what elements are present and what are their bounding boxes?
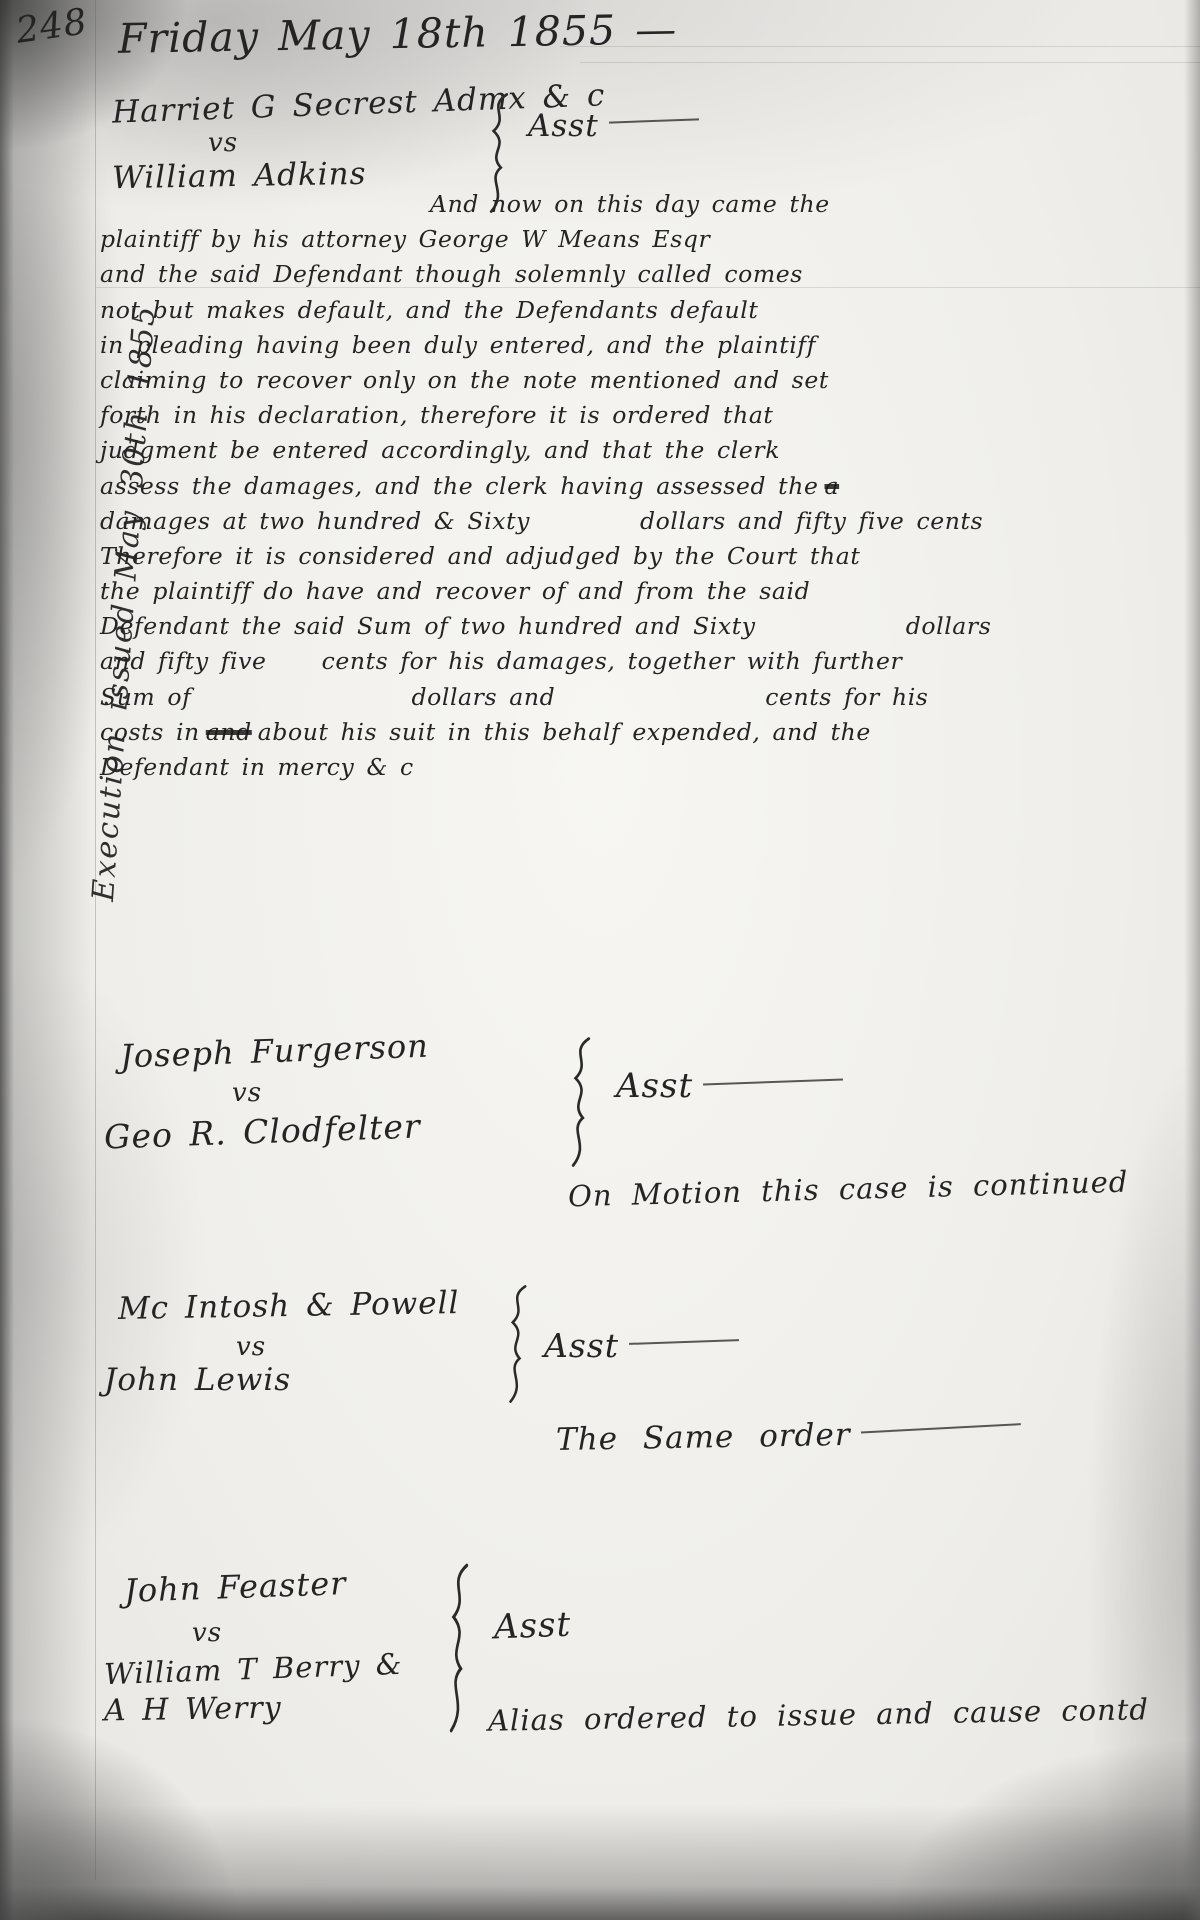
body-text: and the said Defendant though solemnly c…	[100, 260, 803, 288]
brace-icon	[560, 1036, 596, 1168]
body-text: Sum of	[100, 683, 191, 711]
case1-action-abbreviation: Asst	[528, 108, 699, 144]
body-text: forth in his declaration, therefore it i…	[100, 401, 773, 429]
case2-vs-label: vs	[232, 1078, 262, 1108]
date-header: Friday May 18th 1855 —	[118, 5, 678, 63]
brace-icon	[438, 1562, 474, 1734]
body-text: in pleading having been duly entered, an…	[100, 331, 816, 359]
struck-text: and	[206, 718, 252, 746]
ledger-page-scan: 248 Friday May 18th 1855 — Execution iss…	[0, 0, 1200, 1920]
body-line: the plaintiff do have and recover of and…	[100, 577, 1200, 612]
crease-line	[580, 62, 1200, 63]
body-text: claiming to recover only on the note men…	[100, 366, 829, 394]
body-text: about his suit in this behalf expended, …	[258, 718, 871, 746]
body-text: Therefore it is considered and adjudged …	[100, 542, 860, 570]
struck-text: a	[824, 472, 839, 500]
body-line: damages at two hundred & Sixtydollars an…	[100, 507, 1200, 542]
case4-action-abbreviation: Asst	[493, 1605, 571, 1648]
case1-vs-label: vs	[208, 128, 238, 158]
case3-vs-label: vs	[236, 1332, 266, 1362]
body-line: Defendant the said Sum of two hundred an…	[100, 612, 1200, 647]
body-line: and the said Defendant though solemnly c…	[100, 260, 1200, 295]
body-text: dollars and fifty five cents	[640, 507, 983, 535]
body-text: cents for his damages, together with fur…	[322, 647, 903, 675]
case2-action-abbreviation: Asst	[616, 1066, 843, 1106]
body-line: And now on this day came the	[100, 190, 1200, 225]
body-line: plaintiff by his attorney George W Means…	[100, 225, 1200, 260]
brace-icon	[498, 1284, 532, 1404]
case3-defendant: John Lewis	[104, 1362, 291, 1398]
body-text: dollars and	[411, 683, 555, 711]
body-line: claiming to recover only on the note men…	[100, 366, 1200, 401]
page-number: 248	[13, 1, 90, 52]
case2-plaintiff: Joseph Furgerson	[119, 1027, 429, 1076]
body-text: damages at two hundred & Sixty	[100, 507, 530, 535]
body-text: the plaintiff do have and recover of and…	[100, 577, 810, 605]
body-line: Sum ofdollars andcents for his	[100, 683, 1200, 718]
body-line: and fifty fivecents for his damages, tog…	[100, 647, 1200, 682]
body-text: Defendant in mercy & c	[100, 753, 414, 781]
case4-defendant-line1: William T Berry &	[103, 1647, 403, 1691]
body-text: not but makes default, and the Defendant…	[100, 296, 758, 324]
body-text: dollars	[906, 612, 992, 640]
case4-vs-label: vs	[192, 1618, 222, 1648]
body-text: judgment be entered accordingly, and tha…	[100, 436, 780, 464]
body-line: forth in his declaration, therefore it i…	[100, 401, 1200, 436]
body-text: assess the damages, and the clerk having…	[100, 472, 818, 500]
case3-action-abbreviation: Asst	[544, 1326, 739, 1365]
body-text: Defendant the said Sum of two hundred an…	[100, 612, 756, 640]
body-text: and fifty five	[100, 647, 267, 675]
body-line: judgment be entered accordingly, and tha…	[100, 436, 1200, 471]
case4-order-text: Alias ordered to issue and cause contd	[488, 1692, 1149, 1738]
body-text: costs in	[100, 718, 200, 746]
body-line: assess the damages, and the clerk having…	[100, 472, 1200, 507]
body-line: Therefore it is considered and adjudged …	[100, 542, 1200, 577]
margin-rule-line	[95, 0, 96, 1880]
body-line: not but makes default, and the Defendant…	[100, 296, 1200, 331]
body-text: cents for his	[765, 683, 928, 711]
body-text: plaintiff by his attorney George W Means…	[100, 225, 710, 253]
body-text: And now on this day came the	[430, 190, 830, 218]
body-line: Defendant in mercy & c	[100, 753, 1200, 788]
body-line: in pleading having been duly entered, an…	[100, 331, 1200, 366]
case4-defendant-line2: A H Werry	[104, 1690, 282, 1728]
case2-order-text: On Motion this case is continued	[568, 1165, 1129, 1214]
body-line: costs inandabout his suit in this behalf…	[100, 718, 1200, 753]
case3-order-text: The Same order	[556, 1414, 1021, 1458]
case4-plaintiff: John Feaster	[123, 1564, 347, 1610]
judgment-paragraph: And now on this day came the plaintiff b…	[100, 190, 1200, 788]
case2-defendant: Geo R. Clodfelter	[103, 1106, 421, 1156]
case3-plaintiff: Mc Intosh & Powell	[118, 1285, 460, 1327]
